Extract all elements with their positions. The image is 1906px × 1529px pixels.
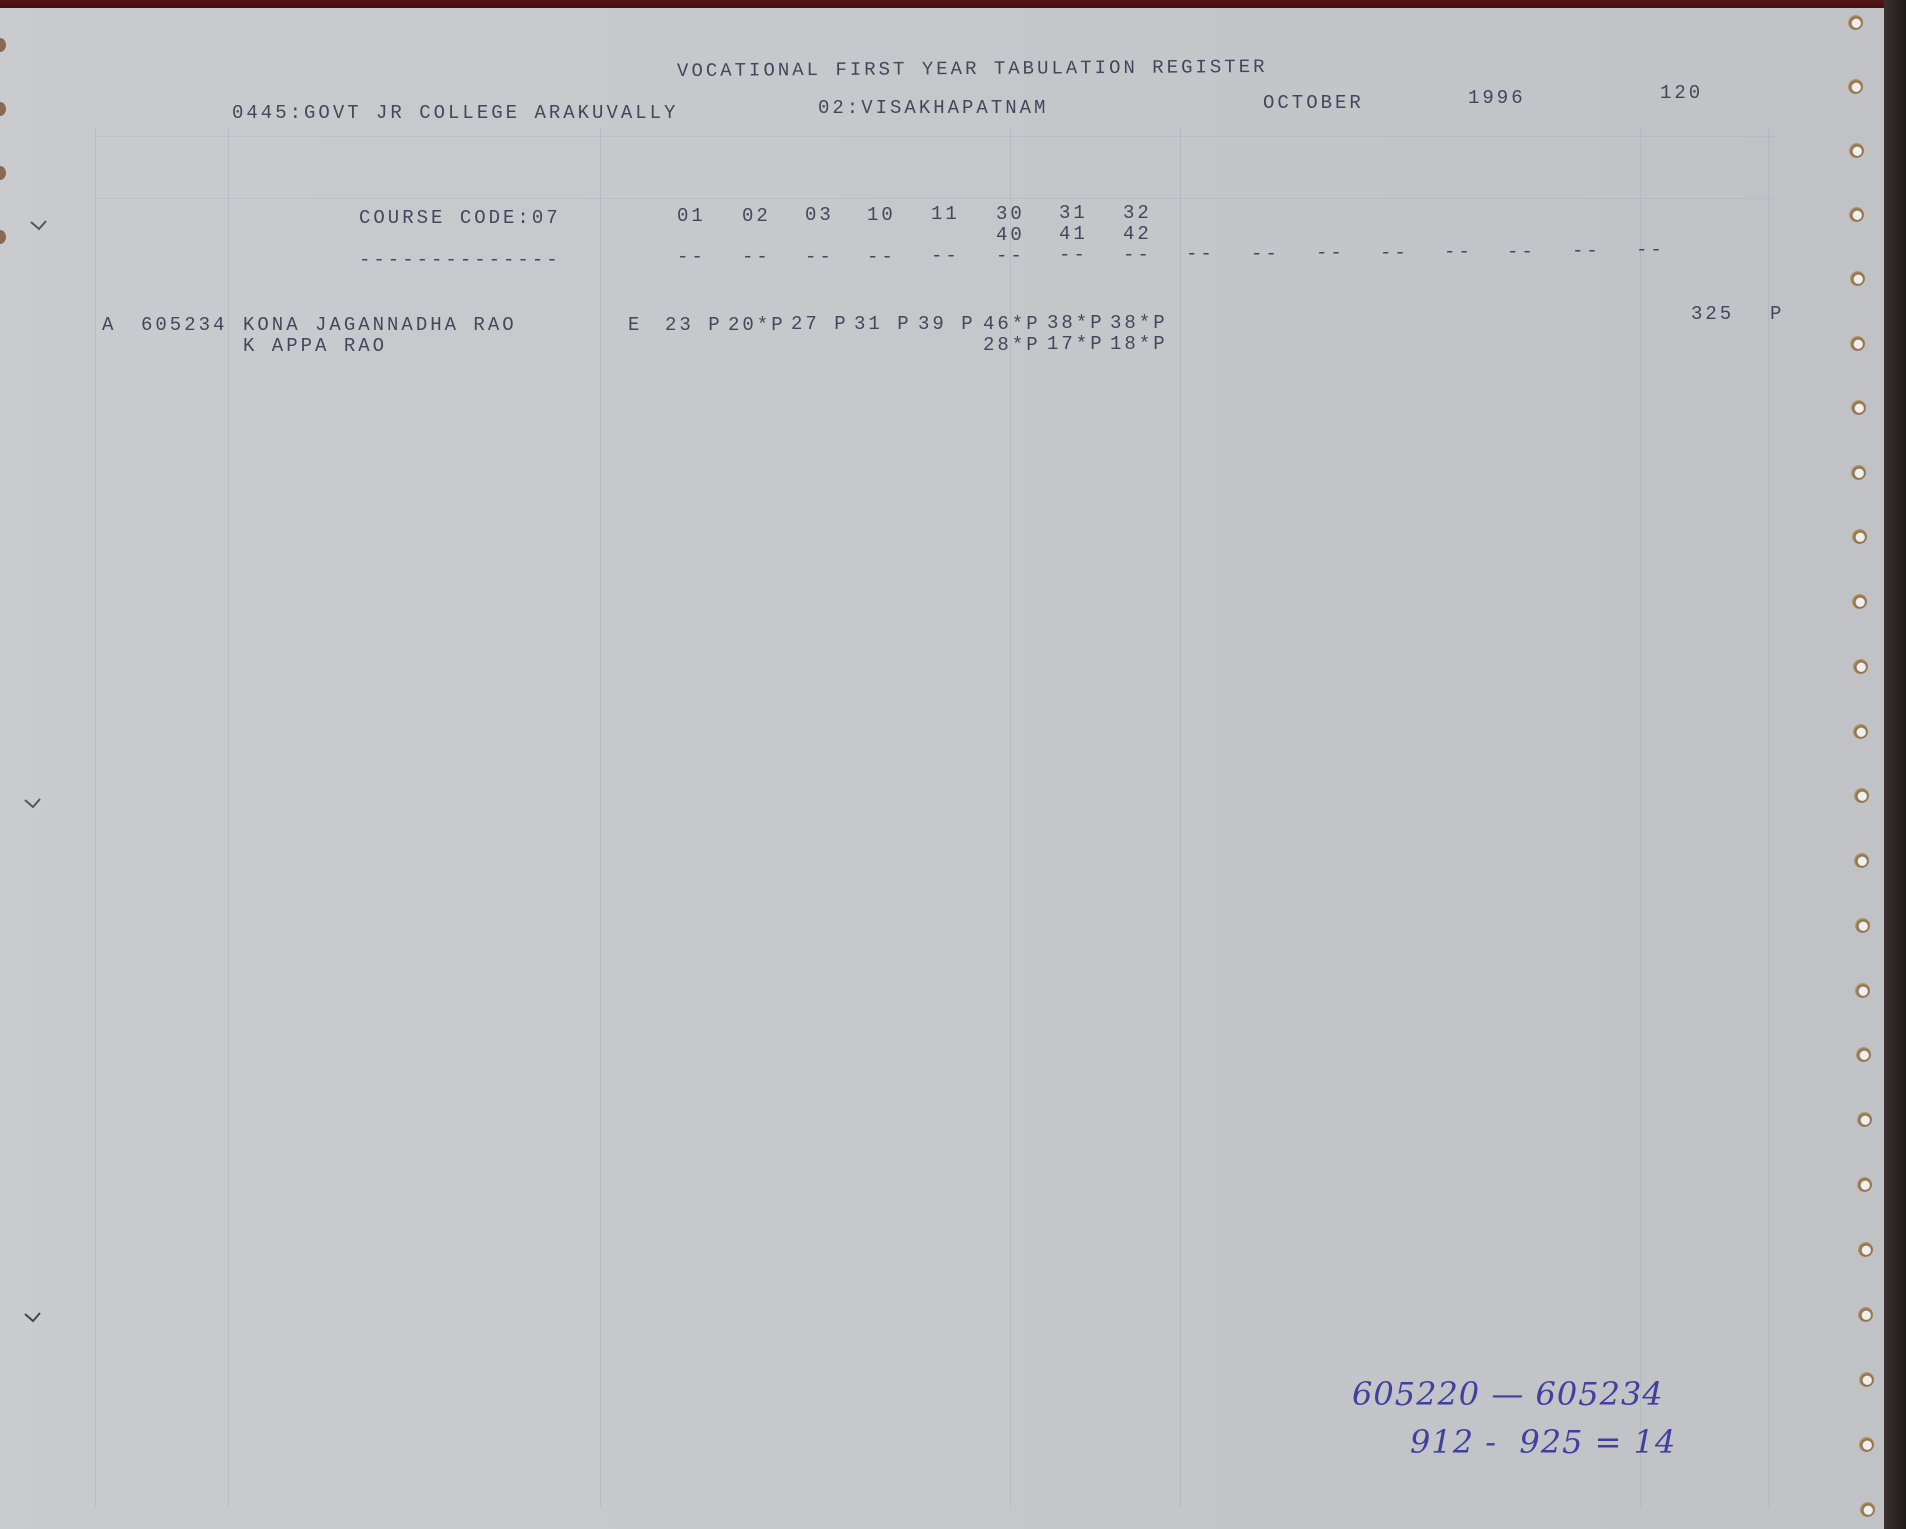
sprocket-hole (1850, 271, 1865, 286)
column-rule: -- (931, 247, 960, 266)
subject-mark: 38*P (1047, 314, 1105, 333)
sprocket-hole (1855, 983, 1870, 998)
father-name: K APPA RAO (243, 337, 387, 356)
binder-tear-mark (24, 798, 42, 810)
course-code-label: COURSE CODE:07 (359, 209, 561, 228)
ghost-row-rule (95, 198, 1775, 199)
subject-code: 41 (1059, 225, 1088, 244)
column-rule: -- (1059, 246, 1088, 265)
binder-right-edge (1884, 0, 1906, 1529)
sprocket-hole (1853, 659, 1868, 674)
column-rule: -- (1123, 246, 1152, 265)
column-rule: -- (1251, 245, 1280, 264)
subject-code: 10 (867, 206, 896, 225)
sprocket-hole (1855, 918, 1870, 933)
sprocket-hole (1854, 853, 1869, 868)
subject-code: 31 (1059, 204, 1088, 223)
ghost-column-rule (95, 128, 96, 1508)
subject-mark: 17*P (1047, 335, 1105, 354)
subject-mark: 23 P (665, 316, 723, 335)
sprocket-hole (1854, 788, 1869, 803)
subject-mark: 28*P (983, 336, 1041, 355)
sprocket-hole (1850, 336, 1865, 351)
subject-mark: 31 P (854, 315, 912, 334)
left-edge-hole (0, 38, 6, 52)
sprocket-hole (1848, 15, 1863, 30)
district-name: 02:VISAKHAPATNAM (818, 99, 1048, 118)
handwritten-range-note: 605220 — 605234 (1352, 1378, 1664, 1410)
course-code-underline: -------------- (359, 251, 561, 270)
subject-code: 11 (931, 205, 960, 224)
binder-tear-mark (24, 1312, 42, 1324)
subject-code: 01 (677, 207, 706, 226)
sprocket-hole (1857, 1177, 1872, 1192)
student-name: KONA JAGANNADHA RAO (243, 316, 517, 335)
ghost-row-rule (95, 136, 1775, 137)
sprocket-hole (1849, 207, 1864, 222)
column-rule: -- (996, 247, 1025, 266)
total-marks: 325 (1691, 305, 1734, 324)
hall-ticket-number: 605234 (141, 316, 227, 335)
sprocket-hole (1848, 79, 1863, 94)
ghost-column-rule (600, 128, 601, 1508)
college-name: 0445:GOVT JR COLLEGE ARAKUVALLY (232, 104, 678, 123)
sprocket-hole (1853, 724, 1868, 739)
subject-mark: 27 P (791, 315, 849, 334)
subject-mark: 20*P (728, 316, 786, 335)
ghost-column-rule (228, 128, 229, 1508)
sprocket-hole (1860, 1502, 1875, 1517)
subject-code: 32 (1123, 204, 1152, 223)
left-edge-hole (0, 230, 6, 244)
sprocket-hole (1852, 529, 1867, 544)
sprocket-hole (1858, 1307, 1873, 1322)
subject-code: 03 (805, 206, 834, 225)
tabulation-sheet: VOCATIONAL FIRST YEAR TABULATION REGISTE… (0, 8, 1884, 1529)
ghost-column-rule (1180, 128, 1181, 1508)
column-rule: -- (677, 248, 706, 267)
binder-tear-mark (30, 220, 48, 232)
subject-code: 02 (742, 207, 771, 226)
sprocket-hole (1851, 465, 1866, 480)
ghost-column-rule (1768, 128, 1769, 1508)
column-rule: -- (1316, 244, 1345, 263)
exam-month: OCTOBER (1263, 94, 1364, 113)
subject-mark: 18*P (1110, 335, 1168, 354)
sprocket-hole (1859, 1437, 1874, 1452)
column-rule: -- (805, 248, 834, 267)
column-rule: -- (1380, 244, 1409, 263)
handwritten-count-note: 912 - 925 = 14 (1410, 1426, 1676, 1458)
subject-mark: 39 P (918, 315, 976, 334)
result-status: P (1770, 305, 1784, 324)
ghost-column-rule (1640, 128, 1641, 1508)
subject-mark: 46*P (983, 315, 1041, 334)
sprocket-hole (1858, 1242, 1873, 1257)
column-rule: -- (867, 248, 896, 267)
sprocket-hole (1859, 1372, 1874, 1387)
sprocket-hole (1852, 594, 1867, 609)
column-rule: -- (1572, 242, 1601, 261)
student-category: A (102, 316, 116, 335)
subject-code: 42 (1123, 225, 1152, 244)
subject-code: 40 (996, 226, 1025, 245)
column-rule: -- (1636, 241, 1665, 260)
column-rule: -- (1507, 243, 1536, 262)
subject-code: 30 (996, 205, 1025, 224)
register-title: VOCATIONAL FIRST YEAR TABULATION REGISTE… (677, 58, 1268, 81)
sprocket-hole (1857, 1112, 1872, 1127)
medium: E (628, 316, 642, 335)
column-rule: -- (742, 248, 771, 267)
exam-year: 1996 (1468, 89, 1526, 108)
column-rule: -- (1444, 243, 1473, 262)
page-number: 120 (1660, 84, 1703, 103)
sprocket-hole (1856, 1047, 1871, 1062)
left-edge-hole (0, 166, 6, 180)
left-edge-hole (0, 102, 6, 116)
subject-mark: 38*P (1110, 314, 1168, 333)
column-rule: -- (1186, 245, 1215, 264)
sprocket-hole (1851, 400, 1866, 415)
sprocket-hole (1849, 143, 1864, 158)
